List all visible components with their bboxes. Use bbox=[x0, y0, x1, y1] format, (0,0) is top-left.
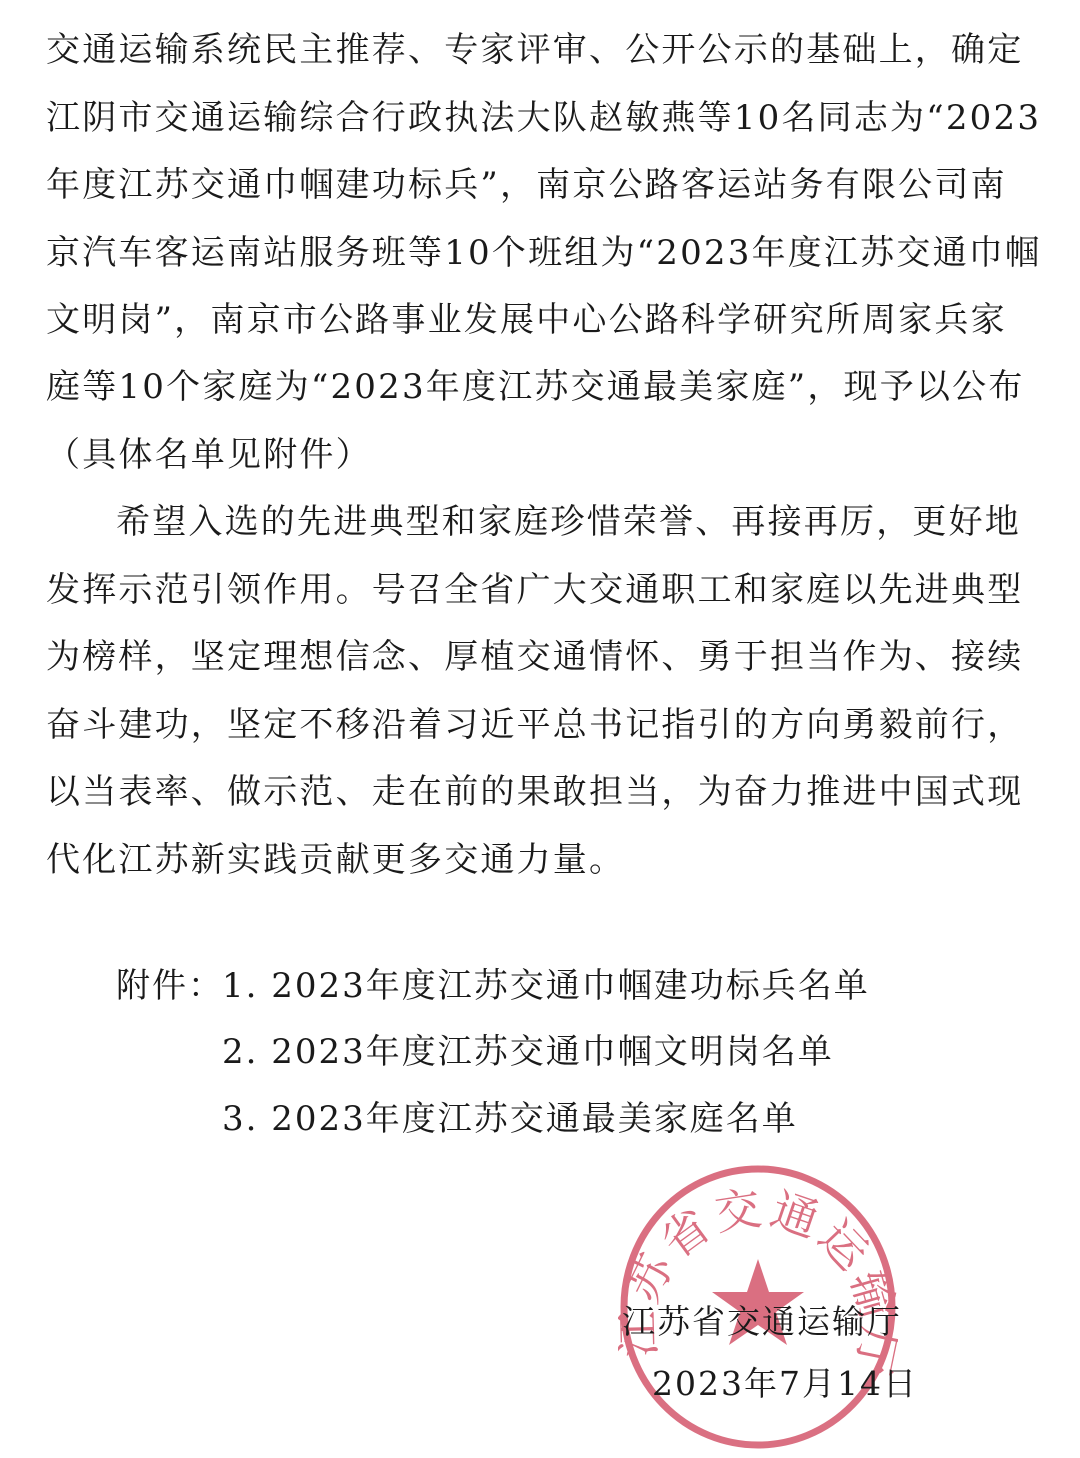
attachment-item: 1. 2023年度江苏交通巾帼建功标兵名单 bbox=[222, 966, 870, 1006]
text-line: 文明岗”，南京市公路事业发展中心公路科学研究所周家兵家 bbox=[46, 300, 1031, 340]
text-line: 京汽车客运南站服务班等10个班组为“2023年度江苏交通巾帼 bbox=[46, 233, 1031, 273]
attachment-item: 3. 2023年度江苏交通最美家庭名单 bbox=[222, 1099, 798, 1139]
text-line: （具体名单见附件） bbox=[46, 435, 1031, 475]
text-line: 奋斗建功，坚定不移沿着习近平总书记指引的方向勇毅前行， bbox=[46, 705, 1031, 745]
signature-date: 2023年7月14日 bbox=[652, 1364, 918, 1404]
text-line: 希望入选的先进典型和家庭珍惜荣誉、再接再厉，更好地 bbox=[116, 502, 1031, 542]
signature-organization: 江苏省交通运输厅 bbox=[622, 1302, 902, 1342]
text-line: 代化江苏新实践贡献更多交通力量。 bbox=[46, 840, 1031, 880]
text-line: 以当表率、做示范、走在前的果敢担当，为奋力推进中国式现 bbox=[46, 772, 1031, 812]
text-line: 庭等10个家庭为“2023年度江苏交通最美家庭”，现予以公布 bbox=[46, 367, 1031, 407]
attachments-label: 附件： bbox=[116, 966, 224, 1006]
text-line: 交通运输系统民主推荐、专家评审、公开公示的基础上，确定 bbox=[46, 30, 1031, 70]
attachment-item: 2. 2023年度江苏交通巾帼文明岗名单 bbox=[222, 1032, 834, 1072]
text-line: 年度江苏交通巾帼建功标兵”，南京公路客运站务有限公司南 bbox=[46, 165, 1031, 205]
text-line: 发挥示范引领作用。号召全省广大交通职工和家庭以先进典型 bbox=[46, 570, 1031, 610]
text-line: 为榜样，坚定理想信念、厚植交通情怀、勇于担当作为、接续 bbox=[46, 637, 1031, 677]
text-line: 江阴市交通运输综合行政执法大队赵敏燕等10名同志为“2023 bbox=[46, 98, 1031, 138]
